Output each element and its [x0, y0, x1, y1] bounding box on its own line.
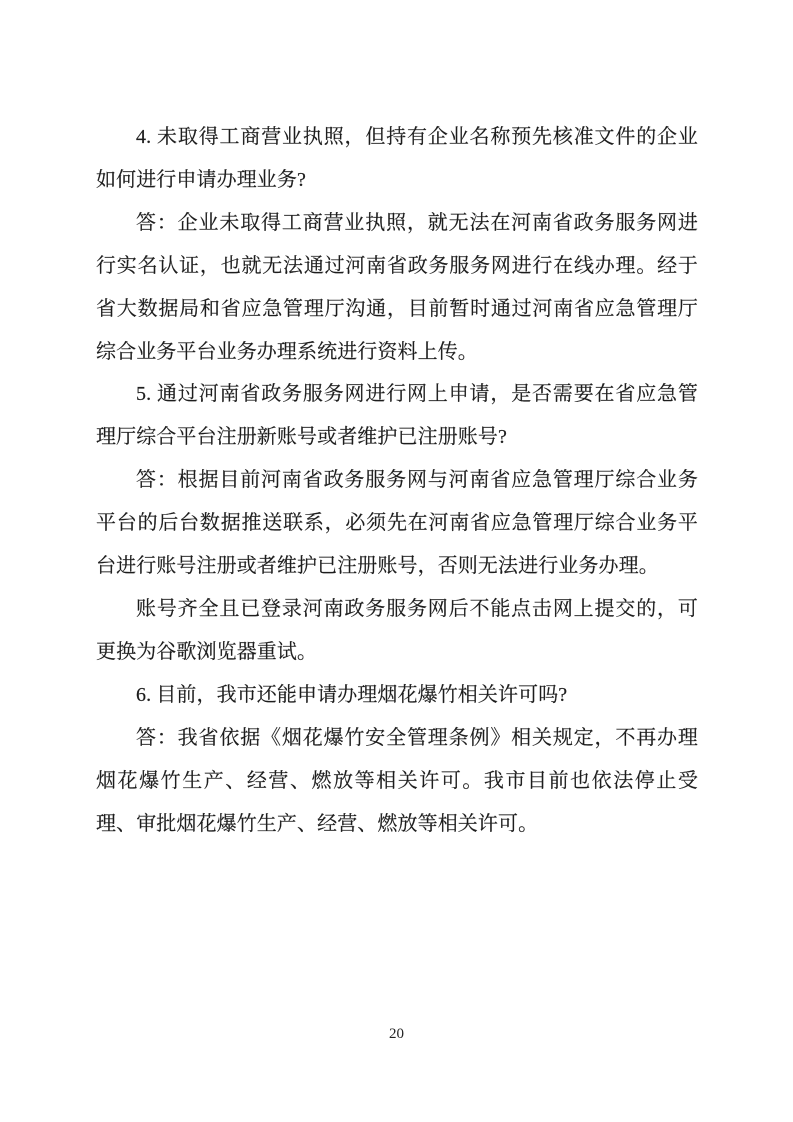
paragraph: 账号齐全且已登录河南政务服务网后不能点击网上提交的，可更换为谷歌浏览器重试。 — [96, 588, 698, 674]
paragraph: 答：我省依据《烟花爆竹安全管理条例》相关规定，不再办理烟花爆竹生产、经营、燃放等… — [96, 717, 698, 846]
page-number: 20 — [0, 1024, 793, 1044]
paragraph: 5. 通过河南省政务服务网进行网上申请，是否需要在省应急管理厅综合平台注册新账号… — [96, 373, 698, 459]
document-body: 4. 未取得工商营业执照，但持有企业名称预先核准文件的企业如何进行申请办理业务?… — [96, 116, 698, 845]
paragraph: 4. 未取得工商营业执照，但持有企业名称预先核准文件的企业如何进行申请办理业务? — [96, 116, 698, 202]
paragraph: 答：根据目前河南省政务服务网与河南省应急管理厅综合业务平台的后台数据推送联系，必… — [96, 459, 698, 588]
paragraph: 6. 目前，我市还能申请办理烟花爆竹相关许可吗? — [96, 674, 698, 717]
paragraph: 答：企业未取得工商营业执照，就无法在河南省政务服务网进行实名认证，也就无法通过河… — [96, 202, 698, 374]
document-page: 4. 未取得工商营业执照，但持有企业名称预先核准文件的企业如何进行申请办理业务?… — [0, 0, 793, 1122]
